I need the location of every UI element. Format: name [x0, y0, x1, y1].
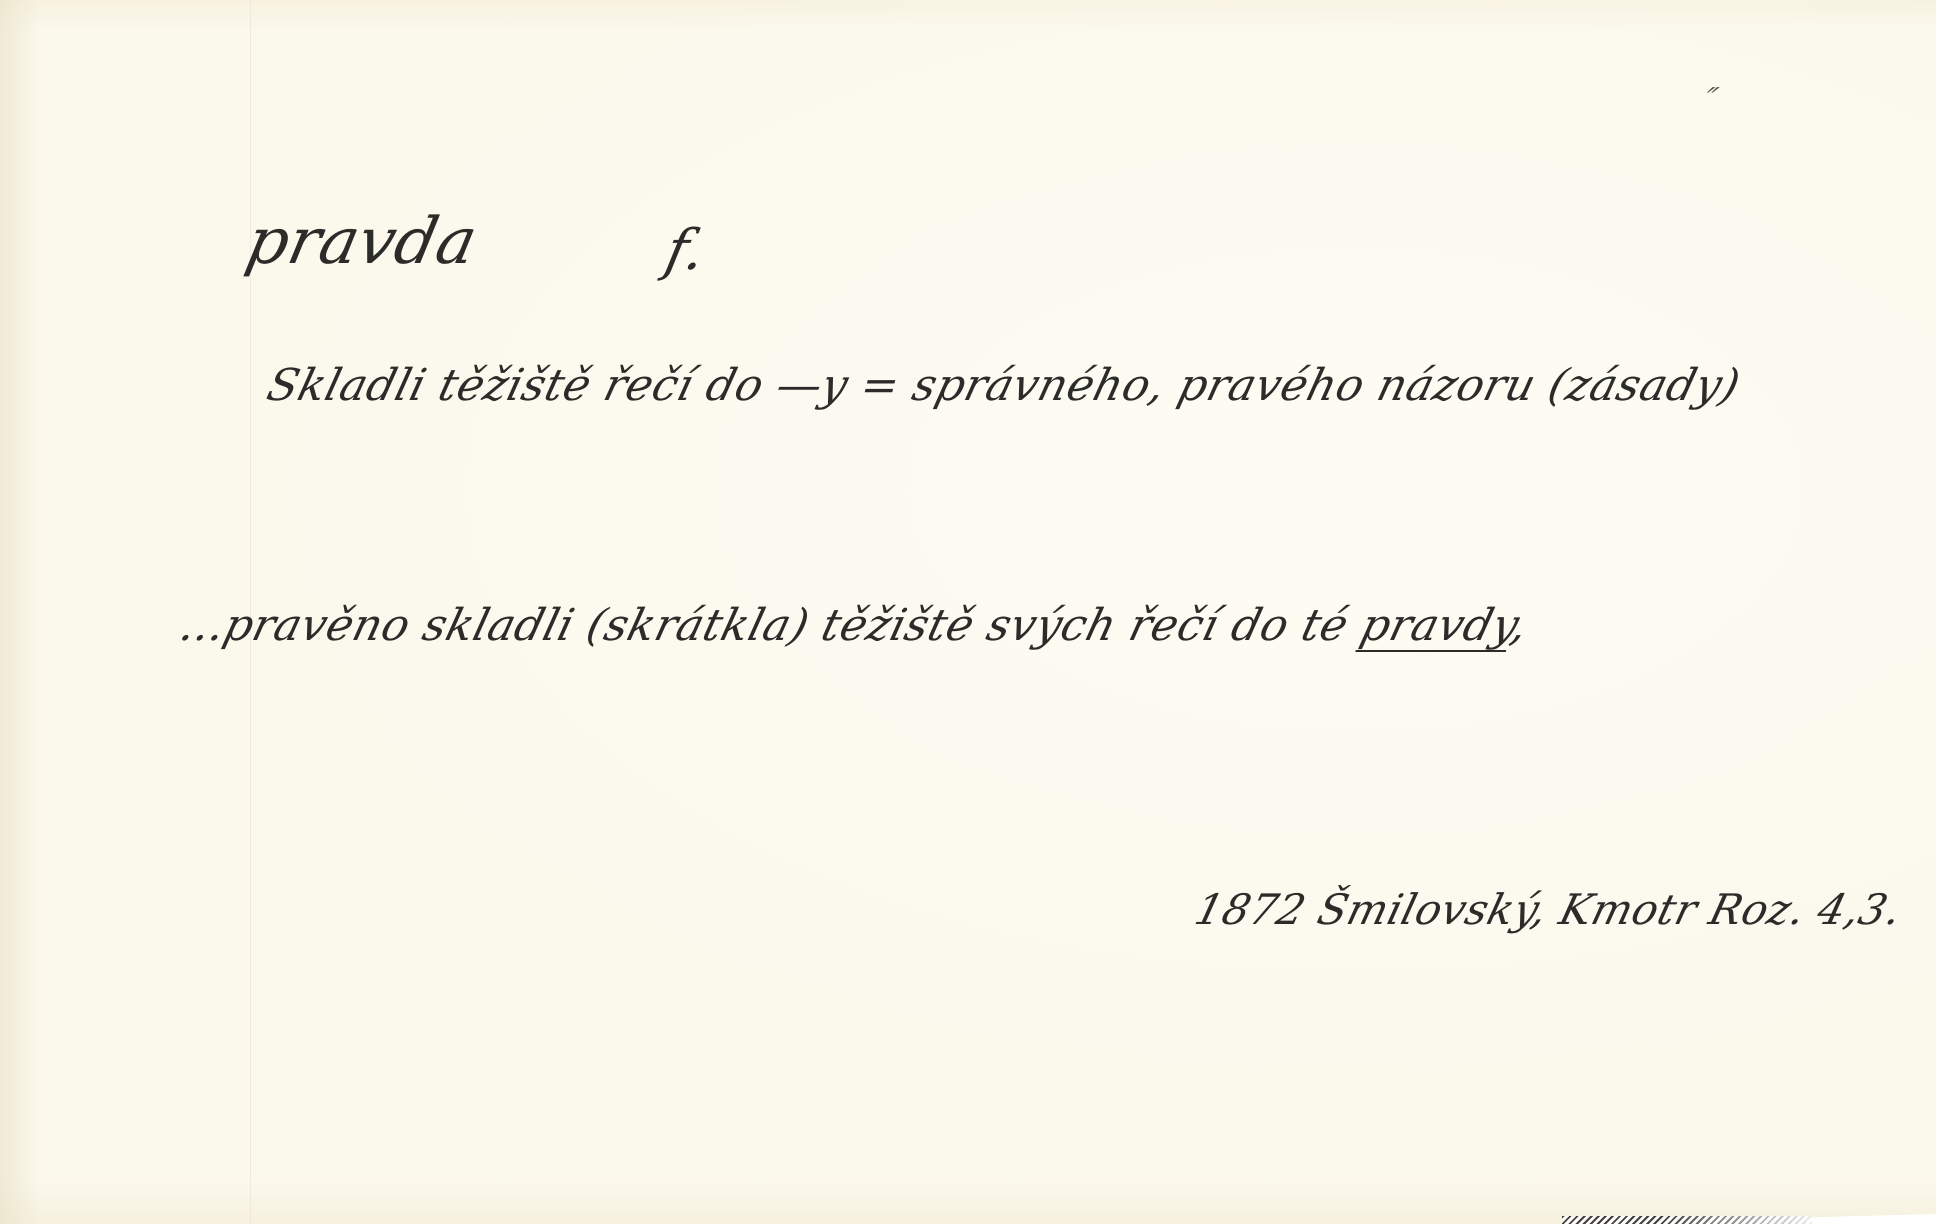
- source-citation: 1872 Šmilovský, Kmotr Roz. 4,3.: [1190, 885, 1907, 934]
- definition-line: Skladli těžiště řečí do —y = správného, …: [262, 360, 1745, 411]
- example-quotation-line: ...pravěno skladli (skrátkla) těžiště sv…: [175, 600, 1533, 651]
- paper-edge-shadow: [0, 0, 40, 1224]
- headword: pravda: [240, 205, 484, 279]
- underlined-headword-form: pravdy: [1356, 600, 1519, 651]
- quotation-text: ...pravěno skladli (skrátkla) těžiště sv…: [175, 600, 1368, 651]
- scan-edge-strip: [1562, 1216, 1812, 1224]
